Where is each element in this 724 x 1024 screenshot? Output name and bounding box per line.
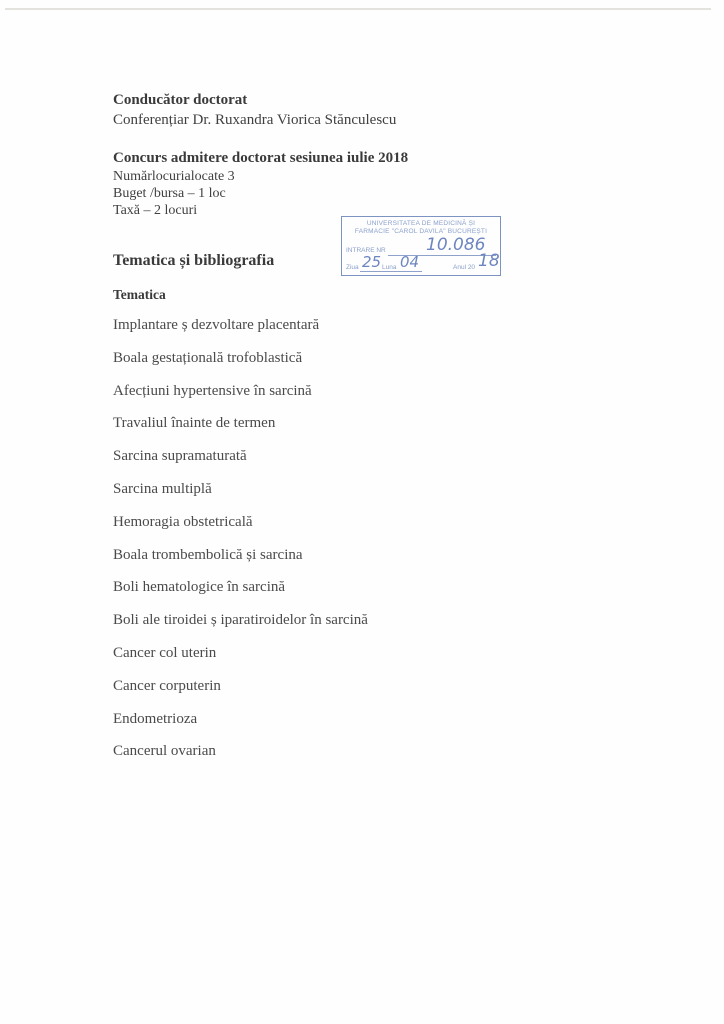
stamp-day: 25 (362, 253, 381, 271)
topic-item: Boala gestațională trofoblastică (113, 349, 302, 367)
registration-stamp: UNIVERSITATEA DE MEDICINĂ ȘI FARMACIE "C… (341, 216, 501, 276)
budget-places: Buget /bursa – 1 loc (113, 185, 226, 202)
stamp-day-label: Ziua (346, 264, 359, 271)
topic-item: Boli hematologice în sarcină (113, 578, 285, 596)
topic-item: Cancer col uterin (113, 644, 216, 662)
topic-item: Afecțiuni hypertensive în sarcină (113, 382, 312, 400)
stamp-date-underline (360, 271, 422, 272)
supervisor-name: Conferențiar Dr. Ruxandra Viorica Stăncu… (113, 112, 396, 129)
topic-item: Sarcina supramaturată (113, 447, 247, 465)
topic-item: Boala trombembolică și sarcina (113, 546, 303, 564)
stamp-institution-line2: FARMACIE "CAROL DAVILA" BUCUREȘTI (342, 228, 500, 235)
topic-item: Cancer corputerin (113, 677, 221, 695)
topic-item: Travaliul înainte de termen (113, 414, 275, 432)
topic-item: Boli ale tiroidei ș iparatiroidelor în s… (113, 611, 368, 629)
topic-item: Cancerul ovarian (113, 742, 216, 760)
stamp-month: 04 (400, 253, 419, 271)
stamp-institution-line1: UNIVERSITATEA DE MEDICINĂ ȘI (342, 220, 500, 227)
section-title: Tematica și bibliografia (113, 252, 274, 269)
section-subtitle: Tematica (113, 286, 166, 303)
supervisor-heading: Conducător doctorat (113, 92, 247, 109)
stamp-year: 18 (478, 251, 500, 271)
topic-item: Implantare ș dezvoltare placentară (113, 316, 319, 334)
document-page: Conducător doctorat Conferențiar Dr. Rux… (0, 0, 724, 1024)
topic-item: Sarcina multiplă (113, 480, 212, 498)
places-allocated: Numărlocurialocate 3 (113, 168, 235, 185)
stamp-month-label: Luna (382, 264, 396, 271)
topic-item: Hemoragia obstetricală (113, 513, 253, 531)
topic-item: Endometrioza (113, 710, 197, 728)
admission-title: Concurs admitere doctorat sesiunea iulie… (113, 150, 408, 167)
stamp-year-label: Anul 20 (453, 264, 475, 271)
fee-places: Taxă – 2 locuri (113, 202, 197, 219)
stamp-entry-number: 10.086 (426, 235, 485, 255)
scan-top-border (5, 8, 711, 10)
